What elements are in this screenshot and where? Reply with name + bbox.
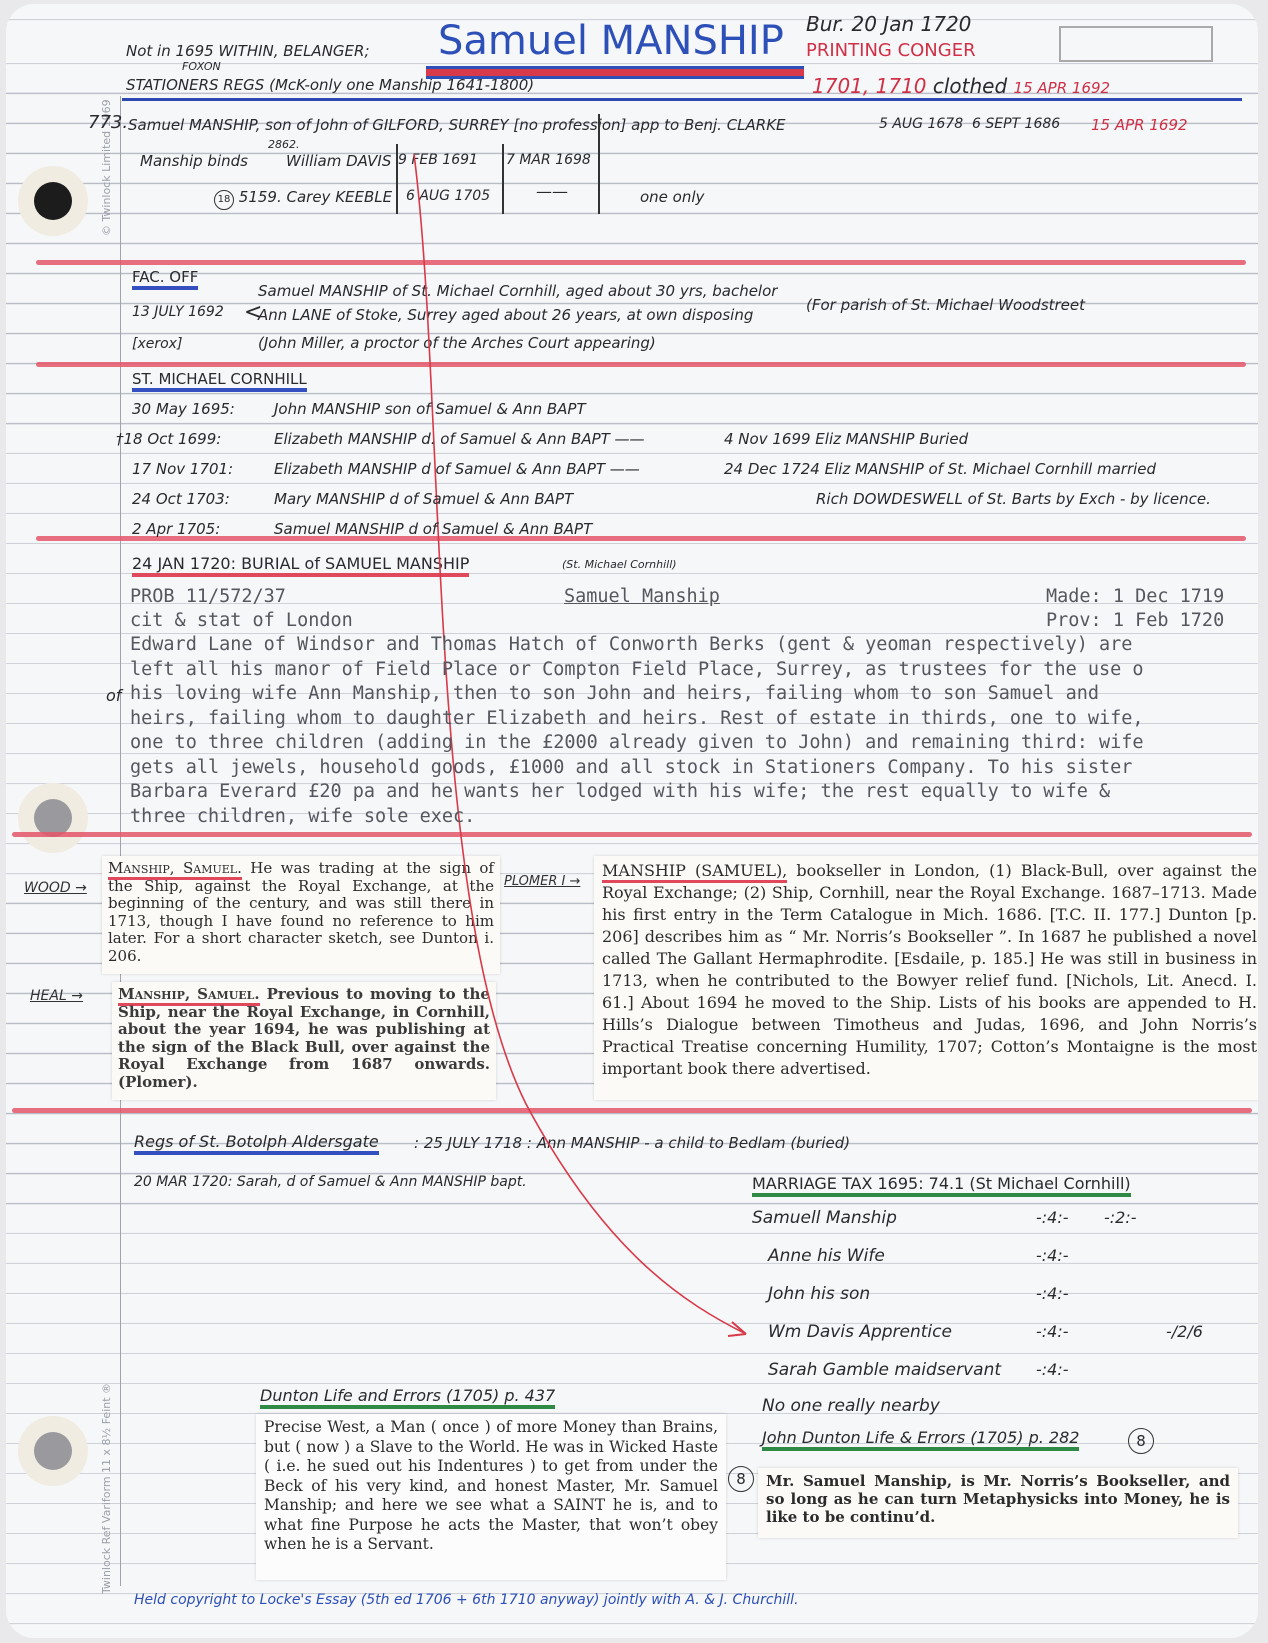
tax-extra: -/2/6 — [1166, 1322, 1203, 1341]
baptism-note: 4 Nov 1699 Eliz MANSHIP Buried — [724, 430, 968, 448]
baptism-text: Elizabeth MANSHIP d. of Samuel & Ann BAP… — [274, 430, 645, 448]
tax-extra: -:2:- — [1104, 1208, 1137, 1227]
tax-name: Sarah Gamble maidservant — [768, 1360, 1001, 1380]
will-line: Edward Lane of Windsor and Thomas Hatch … — [130, 634, 1132, 655]
baptism-text: John MANSHIP son of Samuel & Ann BAPT — [274, 400, 586, 418]
will-line: three children, wife sole exec. — [130, 806, 475, 827]
will-line: heirs, failing whom to daughter Elizabet… — [130, 708, 1144, 729]
baptism-text: Samuel MANSHIP d of Samuel & Ann BAPT — [274, 520, 592, 538]
record-card: © Twinlock Limited 1969 Twinlock Ref Var… — [6, 4, 1258, 1638]
baptism-date: 2 Apr 1705: — [132, 520, 220, 538]
tax-name: John his son — [768, 1284, 870, 1304]
baptism-date: 30 May 1695: — [132, 400, 235, 418]
baptism-date: 17 Nov 1701: — [132, 460, 233, 478]
tax-amount: -:4:- — [1036, 1246, 1069, 1265]
baptism-text: Mary MANSHIP d of Samuel & Ann BAPT — [274, 490, 573, 508]
tax-amount: -:4:- — [1036, 1322, 1069, 1341]
baptism-note: 24 Dec 1724 Eliz MANSHIP of St. Michael … — [724, 460, 1156, 478]
will-line: gets all jewels, household goods, £1000 … — [130, 757, 1132, 778]
will-line: one to three children (adding in the £20… — [130, 732, 1144, 753]
will-line: Barbara Everard £20 pa and he wants her … — [130, 781, 1110, 802]
baptism-date: 24 Oct 1703: — [132, 490, 230, 508]
tax-amount: -:4:- — [1036, 1208, 1069, 1227]
tax-amount: -:4:- — [1036, 1360, 1069, 1379]
tax-name: Samuell Manship — [752, 1208, 897, 1228]
tax-amount: -:4:- — [1036, 1284, 1069, 1303]
baptism-text: Elizabeth MANSHIP d of Samuel & Ann BAPT… — [274, 460, 640, 478]
tax-name: Anne his Wife — [768, 1246, 885, 1266]
baptism-date: †18 Oct 1699: — [116, 430, 221, 448]
will-line: left all his manor of Field Place or Com… — [130, 659, 1144, 680]
will-line: his loving wife Ann Manship, then to son… — [130, 683, 1099, 704]
baptism-note: Rich DOWDESWELL of St. Barts by Exch - b… — [816, 490, 1211, 508]
tax-name: Wm Davis Apprentice — [768, 1322, 952, 1342]
